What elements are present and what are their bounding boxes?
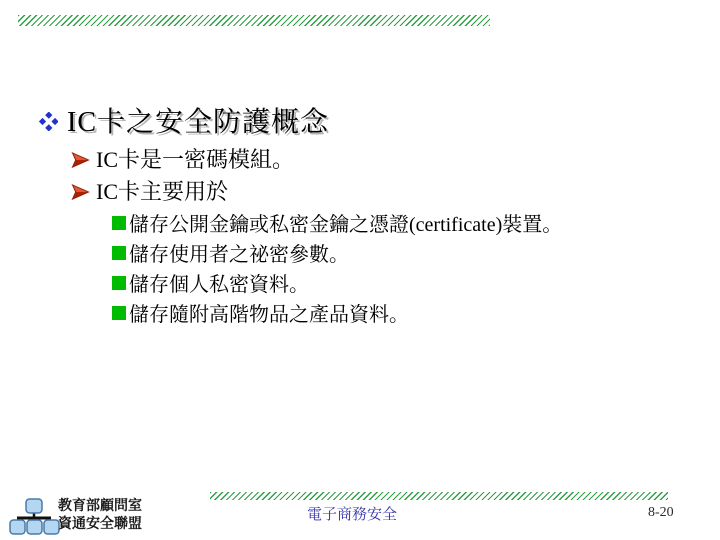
slide-title: IC卡之安全防護概念 — [67, 100, 329, 140]
list-item-text: 儲存公開金鑰或私密金鑰之憑證(certificate)裝置。 — [129, 208, 562, 237]
list-item-text: IC卡是一密碼模組。 — [96, 143, 294, 174]
list-item-text: 儲存隨附高階物品之產品資料。 — [129, 298, 409, 327]
green-square-icon — [112, 246, 126, 260]
list-item-level3: 儲存個人私密資料。 — [112, 268, 309, 297]
green-square-icon — [112, 276, 126, 290]
four-diamonds-icon — [39, 112, 58, 131]
list-item-text: 儲存個人私密資料。 — [129, 268, 309, 297]
list-item-level3: 儲存隨附高階物品之產品資料。 — [112, 298, 409, 327]
list-item-level3: 儲存公開金鑰或私密金鑰之憑證(certificate)裝置。 — [112, 208, 562, 237]
arrowhead-icon — [71, 183, 90, 201]
green-square-icon — [112, 306, 126, 320]
top-hatch-divider — [18, 15, 490, 26]
slide-title-row: IC卡之安全防護概念 — [39, 100, 329, 140]
list-item-text: 儲存使用者之祕密參數。 — [129, 238, 349, 267]
page-number: 8-20 — [648, 505, 674, 521]
list-item-level2: IC卡主要用於 — [71, 175, 228, 206]
logo-caption-line2: 資通安全聯盟 — [58, 516, 142, 534]
footer-course-title: 電子商務安全 — [307, 503, 397, 524]
presentation-slide: IC卡之安全防護概念 IC卡是一密碼模組。 IC卡主要用於 儲存公開金鑰或私密金… — [0, 0, 720, 540]
logo-caption-line1: 教育部顧問室 — [58, 498, 142, 516]
logo-caption: 教育部顧問室 資通安全聯盟 — [58, 498, 142, 534]
list-item-level2: IC卡是一密碼模組。 — [71, 143, 294, 174]
bottom-hatch-divider — [210, 492, 668, 500]
list-item-level3: 儲存使用者之祕密參數。 — [112, 238, 349, 267]
arrowhead-icon — [71, 151, 90, 169]
org-chart-icon — [8, 497, 60, 538]
green-square-icon — [112, 216, 126, 230]
list-item-text: IC卡主要用於 — [96, 175, 228, 206]
